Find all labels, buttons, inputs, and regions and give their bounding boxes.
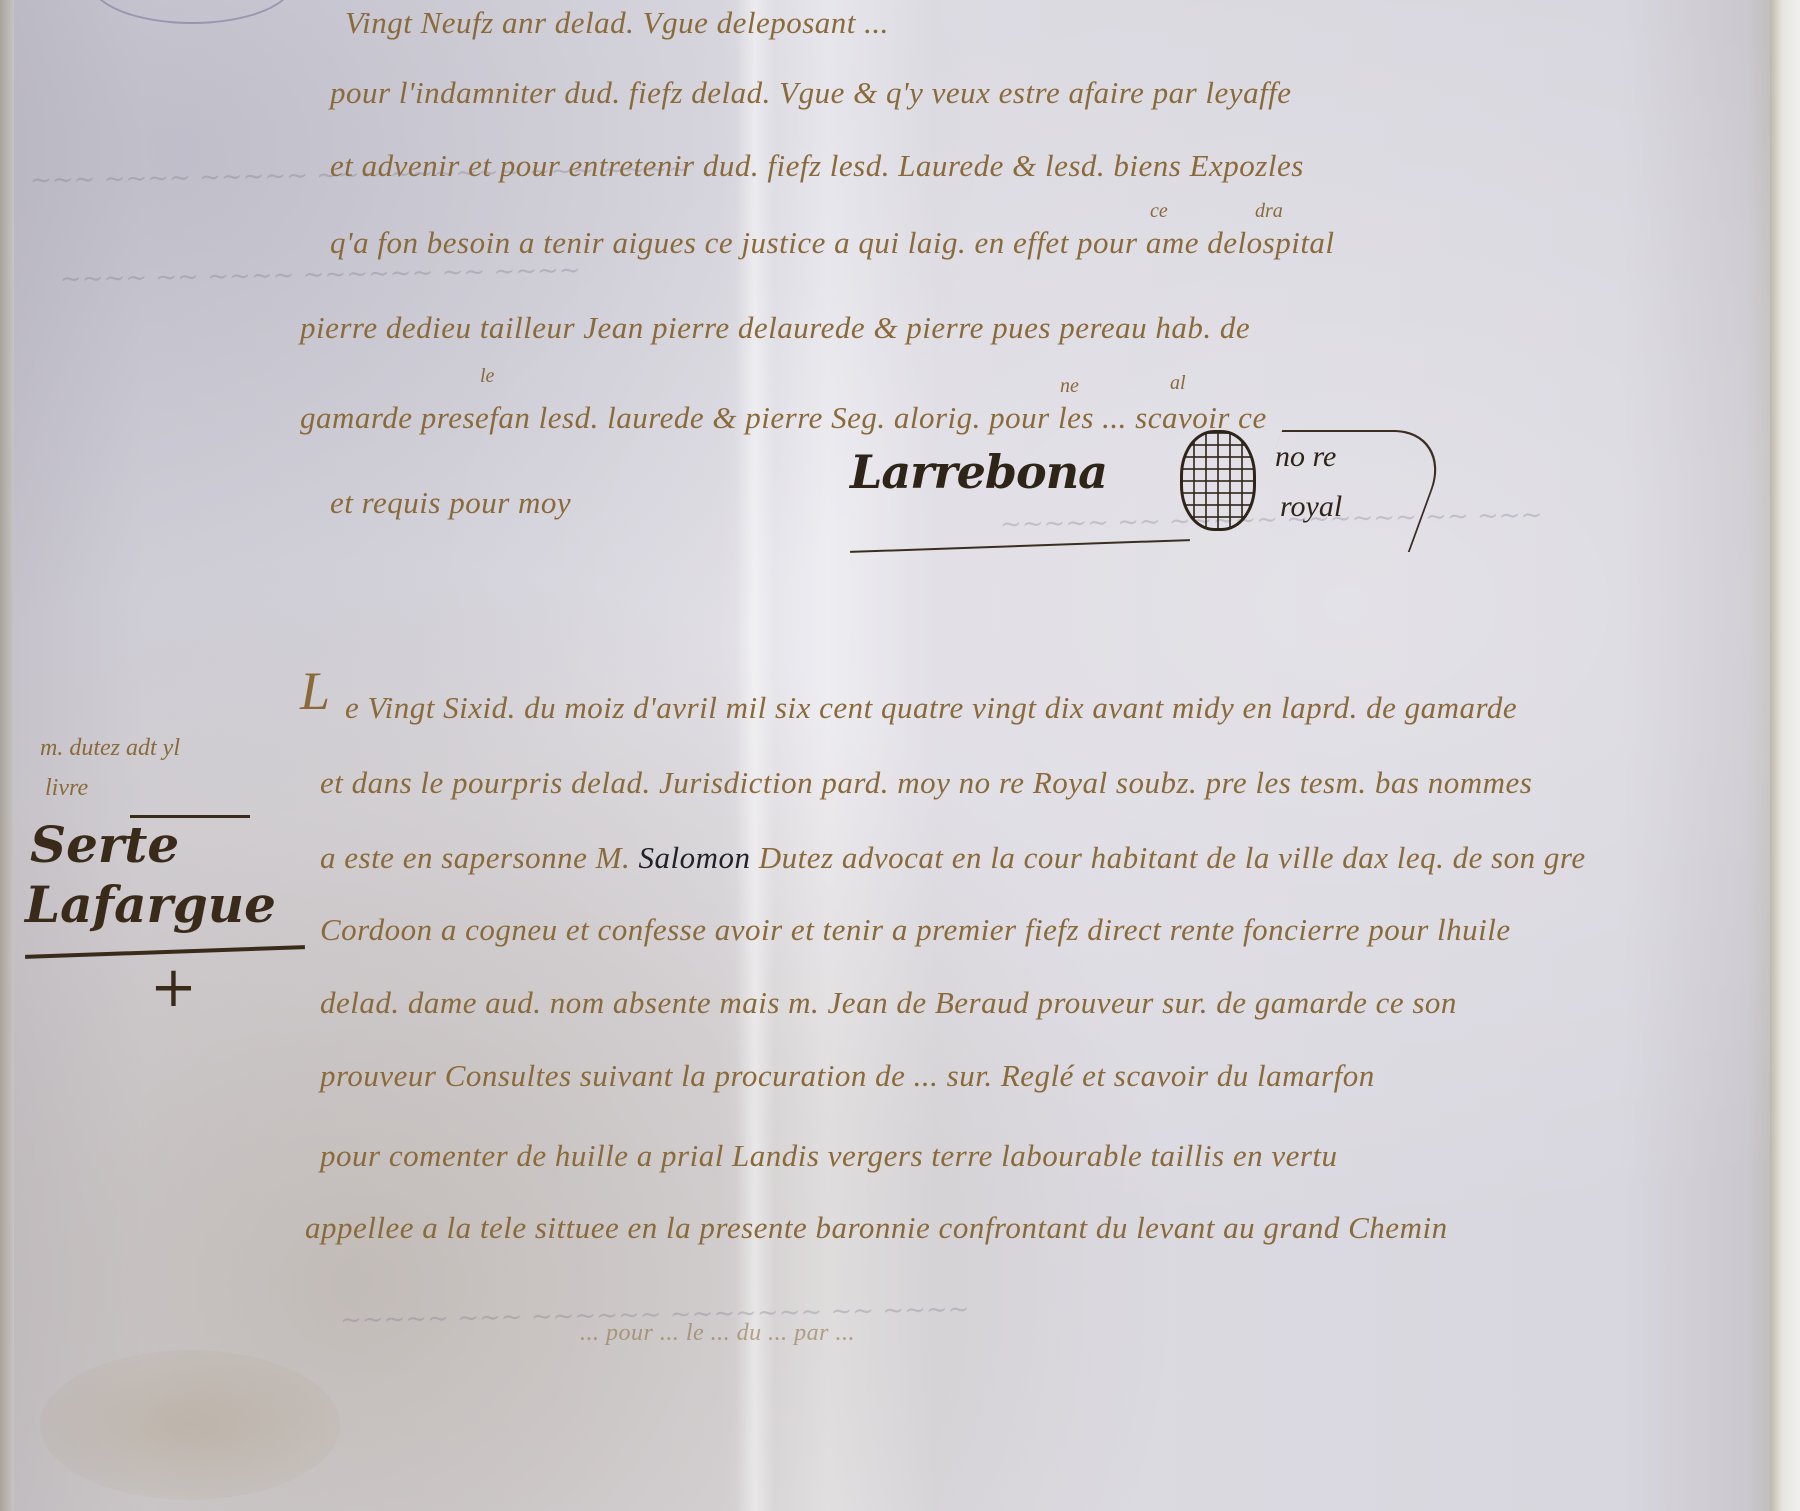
notary-hatched-mark-icon xyxy=(1180,430,1256,531)
text-line: Vingt Neufz anr delad. Vgue deleposant .… xyxy=(345,5,889,41)
text-line: pierre dedieu tailleur Jean pierre delau… xyxy=(300,310,1250,346)
parchment-left-edge xyxy=(0,0,14,1511)
text-line: et dans le pourpris delad. Jurisdiction … xyxy=(320,765,1532,801)
faint-text-line: ... pour ... le ... du ... par ... xyxy=(580,1320,855,1347)
margin-signature-line1: Serte xyxy=(30,820,179,870)
text-fragment: a este en sapersonne M. xyxy=(320,840,639,875)
text-fragment: Dutez advocat en la cour habitant de la … xyxy=(751,840,1586,875)
notary-signature: Larrebona xyxy=(850,445,1107,499)
superscript-abbreviation: ne xyxy=(1060,375,1079,398)
superscript-abbreviation: al xyxy=(1170,372,1186,395)
superscript-abbreviation: ce xyxy=(1150,200,1168,223)
text-line: delad. dame aud. nom absente mais m. Jea… xyxy=(320,985,1457,1021)
text-line: a este en sapersonne M. Salomon Dutez ad… xyxy=(320,840,1586,876)
text-line: et requis pour moy xyxy=(330,485,571,521)
margin-cross-mark: + xyxy=(150,960,197,1016)
parchment-right-edge xyxy=(1770,0,1800,1511)
text-line: prouveur Consultes suivant la procuratio… xyxy=(320,1058,1375,1094)
margin-note-line2: livre xyxy=(45,775,88,802)
text-line: gamarde presefan lesd. laurede & pierre … xyxy=(300,400,1267,436)
text-line: appellee a la tele sittuee en la present… xyxy=(305,1210,1448,1246)
margin-signature-line2: Lafargue xyxy=(25,880,276,930)
superscript-abbreviation: dra xyxy=(1255,200,1283,223)
text-line: et advenir et pour entretenir dud. fiefz… xyxy=(330,148,1304,184)
stain xyxy=(40,1350,340,1500)
text-line: pour comenter de huille a prial Landis v… xyxy=(320,1138,1338,1174)
text-line: Cordoon a cogneu et confesse avoir et te… xyxy=(320,912,1511,948)
highlighted-name: Salomon xyxy=(639,840,751,875)
margin-note-line1: m. dutez adt yl xyxy=(40,735,180,762)
initial-letter: L xyxy=(300,660,331,722)
text-line: q'a fon besoin a tenir aigues ce justice… xyxy=(330,225,1335,261)
superscript-abbreviation: le xyxy=(480,365,494,388)
text-line: pour l'indamniter dud. fiefz delad. Vgue… xyxy=(330,75,1292,111)
text-line: e Vingt Sixid. du moiz d'avril mil six c… xyxy=(345,690,1517,726)
